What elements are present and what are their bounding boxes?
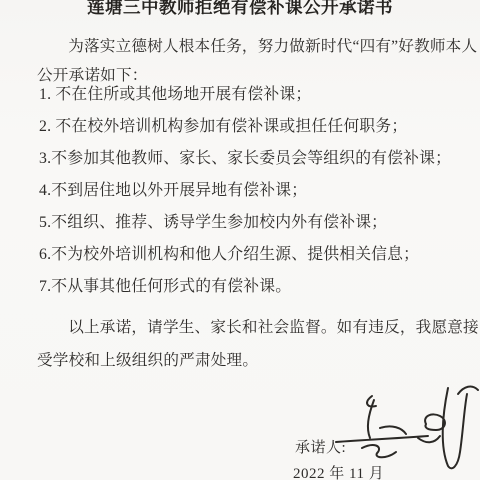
commitment-item-7: 7.不从事其他任何形式的有偿补课。 [39, 278, 480, 295]
commitment-item-1: 1. 不在住所或其他场地开展有偿补课； [39, 86, 480, 103]
commitment-item-3: 3.不参加其他教师、家长、家长委员会等组织的有偿补课； [39, 150, 480, 167]
commitment-item-5: 5.不组织、推荐、诱导学生参加校内外有偿补课； [39, 214, 480, 231]
commitment-list: 1. 不在住所或其他场地开展有偿补课； 2. 不在校外培训机构参加有偿补课或担任… [39, 86, 480, 310]
closing-paragraph: 以上承诺，请学生、家长和社会监督。如有违反，我愿意接受学校和上级组织的严肃处理。 [37, 311, 480, 377]
document-page: 莲塘三中教师拒绝有偿补课公开承诺书 为落实立德树人根本任务，努力做新时代“四有”… [0, 0, 480, 480]
intro-paragraph: 为落实立德树人根本任务，努力做新时代“四有”好教师本人公开承诺如下： [37, 32, 480, 90]
commitment-item-4: 4.不到居住地以外开展异地有偿补课； [39, 182, 480, 199]
commitment-item-2: 2. 不在校外培训机构参加有偿补课或担任任何职务； [39, 118, 480, 135]
document-title: 莲塘三中教师拒绝有偿补课公开承诺书 [0, 0, 480, 18]
date-line: 2022 年 11 月 [293, 462, 384, 480]
commitment-item-6: 6.不为校外培训机构和他人介绍生源、提供相关信息； [39, 246, 480, 263]
